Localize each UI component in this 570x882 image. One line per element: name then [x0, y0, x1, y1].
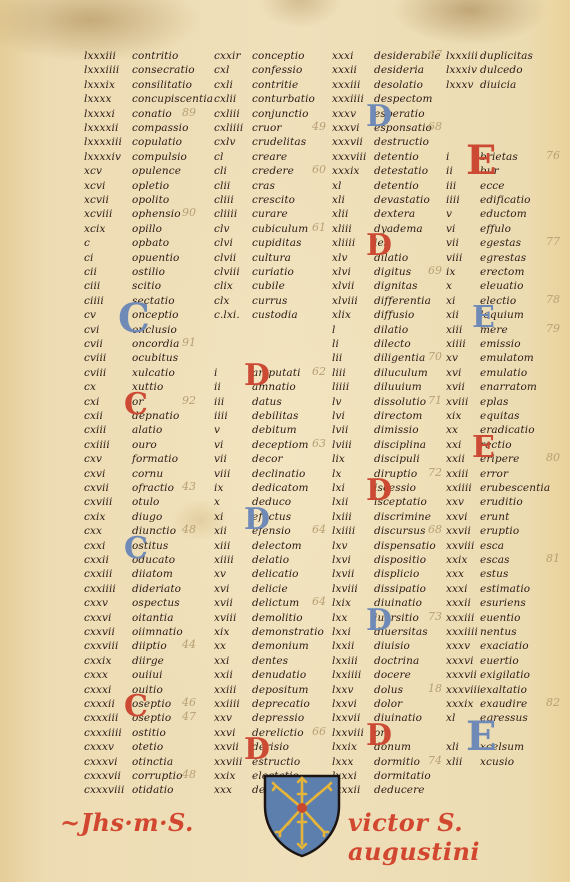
marginal-folio-number: 67	[428, 48, 442, 61]
marginal-folio-number: 49	[312, 120, 326, 133]
illuminated-initial-c: C	[124, 390, 148, 420]
entry-numeral: cxxxviii	[84, 782, 132, 798]
illuminated-initial-d: D	[244, 735, 270, 765]
coat-of-arms-shield-icon	[262, 772, 342, 858]
marginal-folio-number: 62	[312, 365, 326, 378]
entry-word: deducere	[374, 782, 425, 798]
marginal-folio-number: 44	[182, 638, 196, 651]
illuminated-initial-d: D	[366, 606, 392, 636]
marginal-folio-number: 77	[546, 235, 560, 248]
marginal-folio-number: 48	[182, 768, 196, 781]
marginal-folio-number: 92	[182, 394, 196, 407]
entry-word: diuicia	[480, 77, 516, 93]
illuminated-initial-c: C	[124, 692, 148, 722]
illuminated-initial-d: D	[244, 505, 270, 535]
marginal-folio-number: 68	[428, 523, 442, 536]
illuminated-initial-e: E	[472, 433, 495, 463]
marginal-folio-number: 68	[428, 120, 442, 133]
marginal-folio-number: 63	[312, 437, 326, 450]
footer-right-inscription: victor S. augustini	[348, 808, 570, 866]
marginal-folio-number: 73	[428, 610, 442, 623]
illuminated-initial-d: D	[244, 361, 270, 391]
illuminated-initial-d: D	[366, 476, 392, 506]
marginal-folio-number: 64	[312, 595, 326, 608]
marginal-folio-number: 89	[182, 106, 196, 119]
illuminated-initial-d: D	[366, 231, 392, 261]
marginal-folio-number: 81	[546, 552, 560, 565]
marginal-folio-number: 79	[546, 322, 560, 335]
marginal-folio-number: 18	[428, 682, 442, 695]
marginal-folio-number: 76	[546, 149, 560, 162]
glossary-entry: cxxxviiiotidatio	[84, 782, 174, 798]
marginal-folio-number: 66	[312, 725, 326, 738]
marginal-folio-number: 71	[428, 394, 442, 407]
entry-word: custodia	[252, 307, 298, 323]
marginal-folio-number: 78	[546, 293, 560, 306]
marginal-folio-number: 90	[182, 206, 196, 219]
marginal-folio-number: 72	[428, 466, 442, 479]
illuminated-initial-c: C	[118, 299, 150, 339]
marginal-folio-number: 80	[546, 451, 560, 464]
glossary-entry: lxxxiideducere	[332, 782, 425, 798]
illuminated-initial-d: D	[366, 102, 392, 132]
marginal-folio-number: 74	[428, 754, 442, 767]
marginal-folio-number: 61	[312, 221, 326, 234]
illuminated-initial-d: D	[366, 721, 392, 751]
marginal-folio-number: 48	[182, 523, 196, 536]
marginal-folio-number: 43	[182, 480, 196, 493]
illuminated-initial-e: E	[466, 717, 497, 757]
illuminated-initial-c: C	[124, 534, 148, 564]
marginal-folio-number: 82	[546, 696, 560, 709]
footer-left-inscription: ~Jhs·m·S.	[60, 808, 194, 837]
illuminated-initial-e: E	[472, 303, 495, 333]
entry-word: otidatio	[132, 782, 174, 798]
marginal-folio-number: 70	[428, 350, 442, 363]
marginal-folio-number: 60	[312, 163, 326, 176]
marginal-folio-number: 91	[182, 336, 196, 349]
marginal-folio-number: 46	[182, 696, 196, 709]
marginal-folio-number: 64	[312, 523, 326, 536]
illuminated-initial-e: E	[466, 141, 497, 181]
marginal-folio-number: 69	[428, 264, 442, 277]
entry-numeral: xxx	[214, 782, 252, 798]
marginal-folio-number: 47	[182, 710, 196, 723]
